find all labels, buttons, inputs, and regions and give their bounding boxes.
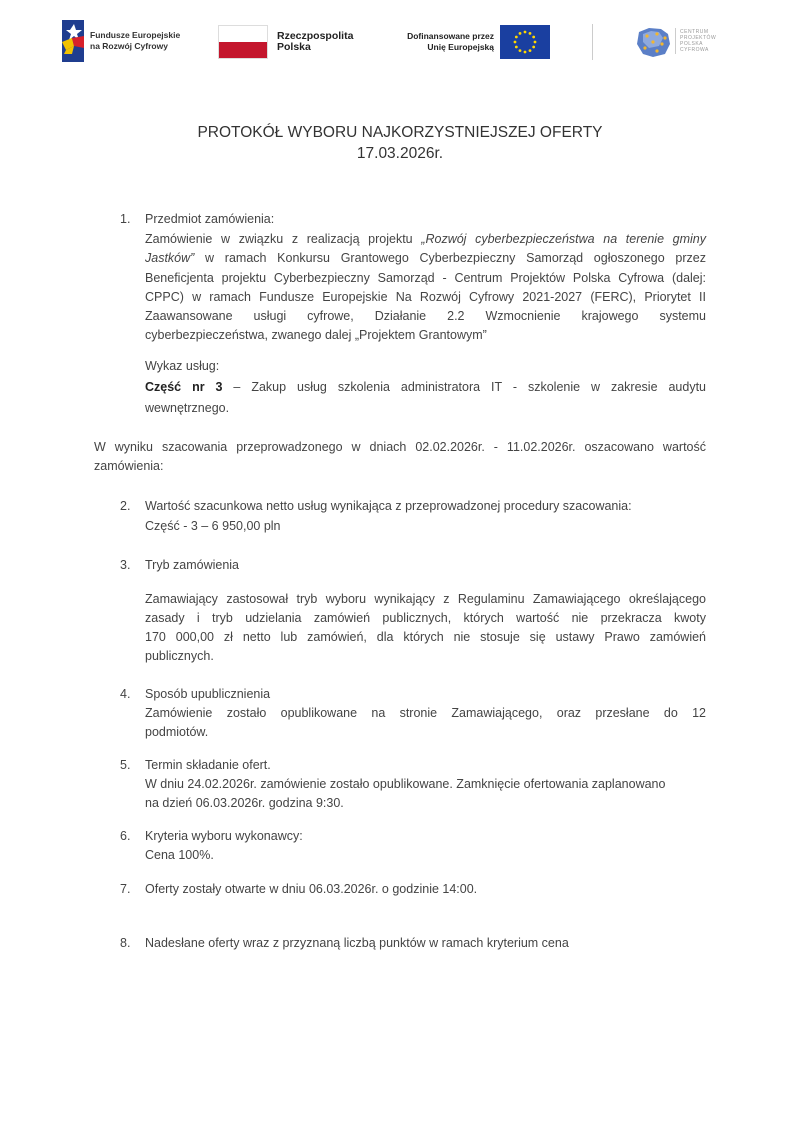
polish-flag-icon — [218, 25, 268, 59]
section-3-heading: Tryb zamówienia — [145, 556, 706, 576]
section-1-line-2: Jastków” w ramach Konkursu Grantowego Cy… — [145, 249, 706, 269]
section-7-number: 7. — [120, 880, 130, 900]
section-4-heading: Sposób upublicznienia — [145, 685, 706, 705]
section-1-line-3: Beneficjenta projektu Cyberbezpieczny Sa… — [145, 269, 706, 289]
section-3-line-2: zasady i tryb udzielania zamówień public… — [145, 609, 706, 629]
section-5-heading: Termin składanie ofert. — [145, 756, 706, 776]
ue-line1: Dofinansowane przez — [396, 31, 494, 42]
document-date: 17.03.2026r. — [0, 145, 800, 163]
section-6-heading: Kryteria wyboru wykonawcy: — [145, 827, 706, 847]
fe-line2: na Rozwój Cyfrowy — [90, 41, 180, 52]
section-6-line-1: Cena 100%. — [145, 846, 706, 866]
section-7-text: Oferty zostały otwarte w dniu 06.03.2026… — [145, 880, 706, 900]
section-1-line-4: CPPC) w ramach Fundusze Europejskie Na R… — [145, 288, 706, 308]
estimate-intro-line-1: W wyniku szacowania przeprowadzonego w d… — [94, 438, 706, 458]
services-part-3-cont: wewnętrznego. — [145, 399, 706, 419]
section-2-value: Część - 3 – 6 950,00 pln — [145, 517, 706, 537]
section-1-heading: Przedmiot zamówienia: — [145, 210, 706, 230]
estimate-intro-line-2: zamówienia: — [94, 457, 706, 477]
section-3-line-3: 170 000,00 zł netto lub zamówień, dla kt… — [145, 628, 706, 648]
section-1-line-6: cyberbezpieczeństwa, zwanego dalej „Proj… — [145, 326, 706, 346]
rp-logo-text: Rzeczpospolita Polska — [277, 31, 353, 53]
fe-logo-text: Fundusze Europejskie na Rozwój Cyfrowy — [90, 30, 180, 52]
section-4-line-1: Zamówienie zostało opublikowane na stron… — [145, 704, 706, 724]
section-1-line-5: Zaawansowane usługi cyfrowe, Działanie 2… — [145, 307, 706, 327]
services-part-3: Część nr 3 – Zakup usług szkolenia admin… — [145, 378, 706, 398]
section-4-number: 4. — [120, 685, 130, 705]
cppc-map-icon — [635, 26, 671, 58]
document-title: PROTOKÓŁ WYBORU NAJKORZYSTNIEJSZEJ OFERT… — [0, 124, 800, 142]
cppc-logo-text: CENTRUM PROJEKTÓW POLSKA CYFROWA — [680, 29, 716, 53]
services-label: Wykaz usług: — [145, 357, 706, 377]
logo-divider — [592, 24, 593, 60]
section-5-line-2: na dzień 06.03.2026r. godzina 9:30. — [145, 794, 706, 814]
fe-logo-icon — [62, 20, 84, 62]
logo-bar: Fundusze Europejskie na Rozwój Cyfrowy R… — [0, 0, 800, 75]
section-8-text: Nadesłane oferty wraz z przyznaną liczbą… — [145, 934, 706, 954]
section-3-line-1: Zamawiający zastosował tryb wyboru wynik… — [145, 590, 706, 610]
section-5-line-1: W dniu 24.02.2026r. zamówienie zostało o… — [145, 775, 706, 795]
section-2-number: 2. — [120, 497, 130, 517]
rp-line2: Polska — [277, 42, 353, 53]
section-5-number: 5. — [120, 756, 130, 776]
fe-line1: Fundusze Europejskie — [90, 30, 180, 41]
section-6-number: 6. — [120, 827, 130, 847]
cppc-separator — [675, 28, 676, 54]
cppc-line4: CYFROWA — [680, 47, 716, 53]
section-8-number: 8. — [120, 934, 130, 954]
section-3-line-4: publicznych. — [145, 647, 706, 667]
ue-logo-text: Dofinansowane przez Unię Europejską — [396, 31, 494, 53]
ue-line2: Unię Europejską — [396, 42, 494, 53]
section-1-number: 1. — [120, 210, 130, 230]
section-3-number: 3. — [120, 556, 130, 576]
section-4-line-2: podmiotów. — [145, 723, 706, 743]
section-1-line-1: Zamówienie w związku z realizacją projek… — [145, 230, 706, 250]
section-2-heading: Wartość szacunkowa netto usług wynikając… — [145, 497, 706, 517]
eu-flag-icon — [500, 25, 550, 59]
